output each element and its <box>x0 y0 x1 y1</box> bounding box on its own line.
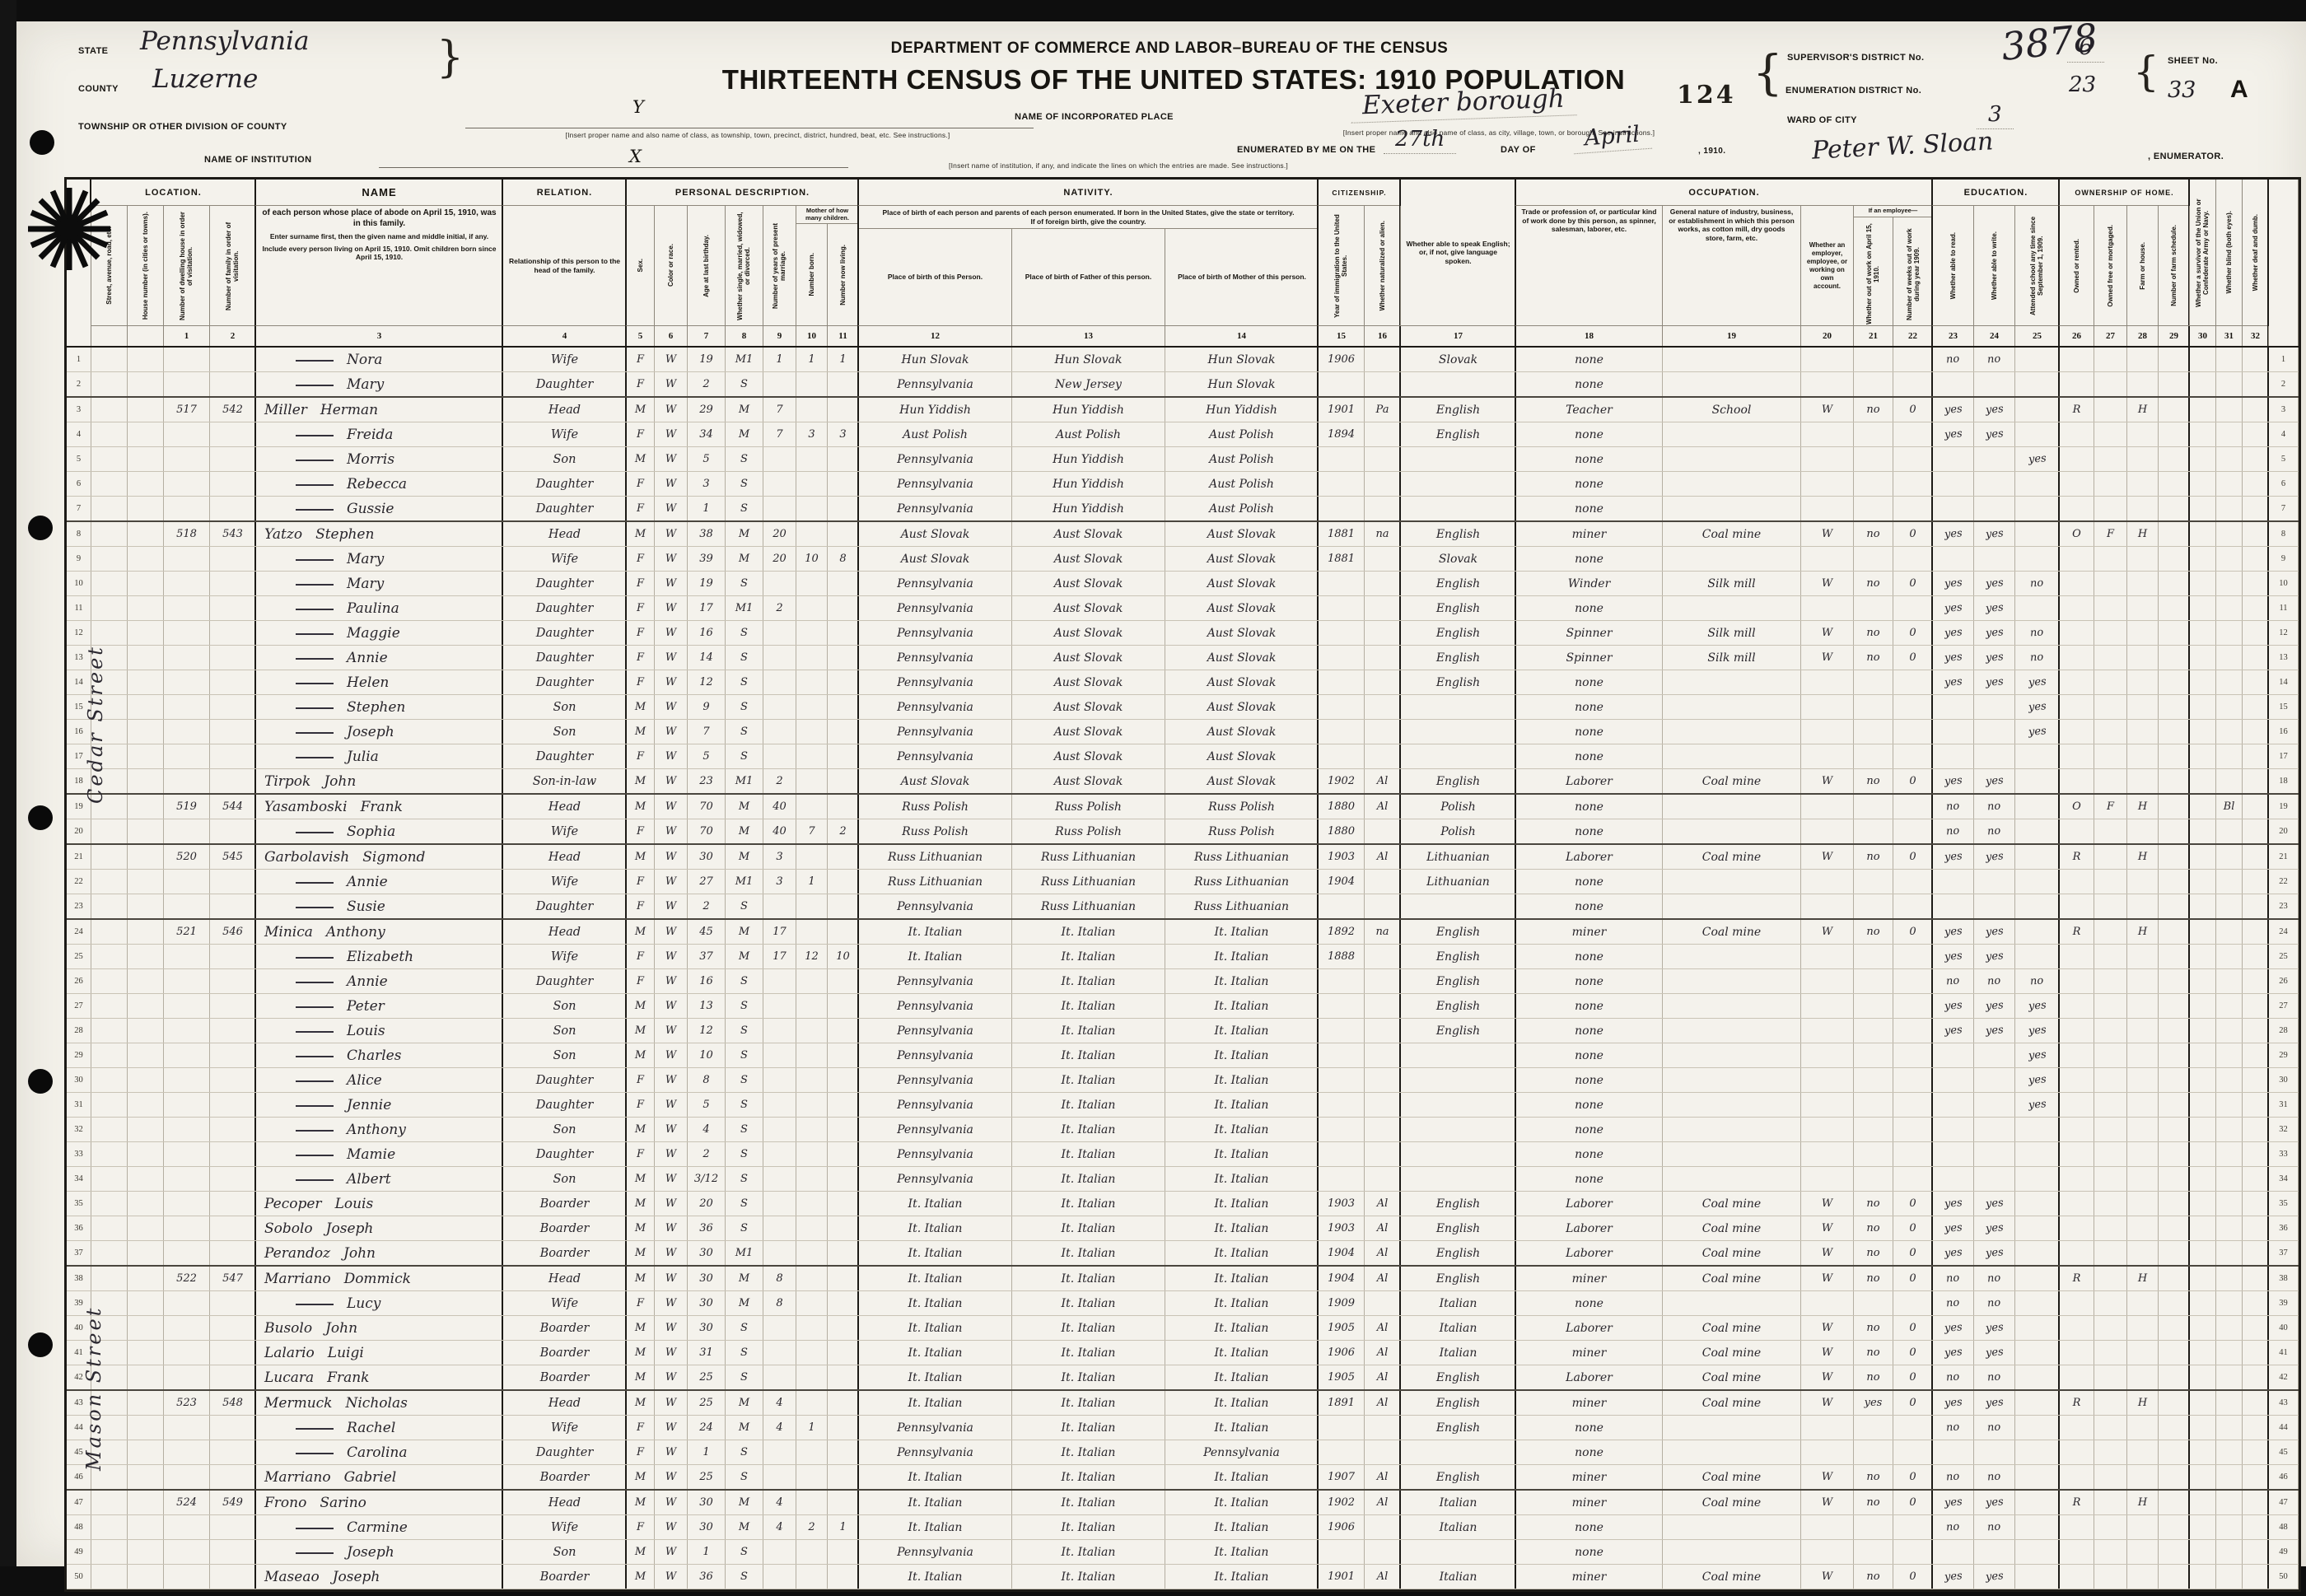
cell-school <box>2015 1216 2060 1240</box>
cell-war <box>2188 994 2216 1018</box>
cell-fm <box>2094 920 2127 944</box>
cell-deaf <box>2243 870 2269 894</box>
cell-wks <box>1893 447 1933 471</box>
cell-oow: no <box>1854 398 1893 422</box>
cell-age: 30 <box>688 1491 726 1514</box>
table-row: 36SoboloJosephBoarderMW36SIt. ItalianIt.… <box>67 1216 2299 1241</box>
cell-age: 30 <box>688 1291 726 1315</box>
cell-blind <box>2216 547 2243 571</box>
cell-write: yes <box>1974 1341 2015 1365</box>
cell-rel: Boarder <box>502 1216 627 1240</box>
cell-imm <box>1317 1440 1365 1464</box>
cell-rel: Daughter <box>502 621 627 645</box>
cell-imm <box>1317 1043 1365 1067</box>
cell-age: 20 <box>688 1192 726 1216</box>
cell-ind <box>1663 1093 1801 1117</box>
cell-yrs: 2 <box>763 596 796 620</box>
cell-pob: Pennsylvania <box>857 670 1012 694</box>
cell-nat: Al <box>1365 1365 1401 1389</box>
cell-yrs <box>763 1316 796 1340</box>
cell-emp <box>1801 1068 1854 1092</box>
cell-ind: Coal mine <box>1663 1365 1801 1389</box>
cell-fm <box>2094 1440 2127 1464</box>
cell-ind: Coal mine <box>1663 769 1801 793</box>
cell-wks <box>1893 1291 1933 1315</box>
cell-oow: no <box>1854 646 1893 670</box>
cell-wks <box>1893 1167 1933 1191</box>
cell-pom: Russ Lithuanian <box>1165 894 1319 918</box>
cell-nat <box>1365 1440 1401 1464</box>
cell-write <box>1974 720 2015 744</box>
cell-yrs <box>763 1019 796 1043</box>
cell-yrs: 4 <box>763 1416 796 1440</box>
cell-war <box>2188 497 2216 520</box>
cell-fm <box>2094 695 2127 719</box>
cell-mar: S <box>726 1465 763 1489</box>
cell-nat <box>1365 1068 1401 1092</box>
cell-deaf <box>2243 1192 2269 1216</box>
cell-n: 23 <box>67 894 91 918</box>
cell-rel: Son <box>502 1043 627 1067</box>
surname-ditto-mark <box>296 1178 334 1181</box>
cell-house <box>128 1316 164 1340</box>
cell-read: no <box>1931 795 1974 819</box>
cell-trade: Laborer <box>1515 1216 1663 1240</box>
cell-dw <box>164 969 210 993</box>
cell-eng: English <box>1399 769 1516 793</box>
cell-cl <box>828 1565 859 1589</box>
cell-own <box>2058 1365 2094 1389</box>
cell-mar: M1 <box>726 1241 763 1265</box>
cell-cb <box>796 472 828 496</box>
cell-trade: none <box>1515 1540 1663 1564</box>
cell-wks: 0 <box>1893 1491 1933 1514</box>
cell-pob: Pennsylvania <box>857 1167 1012 1191</box>
cell-write: no <box>1974 1291 2015 1315</box>
cell-fm <box>2094 348 2127 371</box>
cell-age: 27 <box>688 870 726 894</box>
col-sex: Sex. <box>625 206 655 326</box>
cell-rel: Boarder <box>502 1316 627 1340</box>
cell-rn: 26 <box>2267 969 2299 993</box>
cell-war <box>2188 1142 2216 1166</box>
cell-blind <box>2216 646 2243 670</box>
cell-sex: M <box>625 447 655 471</box>
cell-eng <box>1399 1118 1516 1141</box>
cell-eng <box>1399 720 1516 744</box>
line-number-column-header-right <box>2267 180 2299 346</box>
cell-cb <box>796 1316 828 1340</box>
cell-war <box>2188 1365 2216 1389</box>
cell-fsch <box>2159 1019 2190 1043</box>
cell-pof: It. Italian <box>1012 1291 1165 1315</box>
cell-ind <box>1663 744 1801 768</box>
department-line: DEPARTMENT OF COMMERCE AND LABOR–BUREAU … <box>791 40 1548 58</box>
cell-rn: 25 <box>2267 945 2299 968</box>
cell-pof: It. Italian <box>1012 1341 1165 1365</box>
cell-mar: S <box>726 646 763 670</box>
cell-school: yes <box>2015 1019 2060 1043</box>
cell-mar: M1 <box>726 348 763 371</box>
cell-write: no <box>1974 1515 2015 1539</box>
cell-fam <box>210 372 256 396</box>
cell-emp: W <box>1801 522 1854 546</box>
col-free-mortgaged: Owned free or mortgaged. <box>2094 206 2127 326</box>
cell-house <box>128 596 164 620</box>
cell-imm <box>1317 472 1365 496</box>
cell-dw <box>164 695 210 719</box>
cell-blind <box>2216 945 2243 968</box>
cell-write <box>1974 497 2015 520</box>
cell-fm <box>2094 472 2127 496</box>
cell-imm: 1881 <box>1317 547 1365 571</box>
cell-trade: Spinner <box>1515 646 1663 670</box>
cell-imm: 1905 <box>1317 1365 1365 1389</box>
cell-read: no <box>1931 969 1974 993</box>
cell-yrs <box>763 1192 796 1216</box>
cell-eng: Italian <box>1399 1565 1516 1589</box>
cell-sex: F <box>625 1416 655 1440</box>
cell-war <box>2188 670 2216 694</box>
cell-own <box>2058 1540 2094 1564</box>
cell-dw: 523 <box>164 1391 210 1415</box>
cell-oow <box>1854 348 1893 371</box>
cell-sex: M <box>625 795 655 819</box>
cell-age: 45 <box>688 920 726 944</box>
table-row: 10MaryDaughterFW19SPennsylvaniaAust Slov… <box>67 572 2299 596</box>
cell-pof: Russ Lithuanian <box>1012 894 1165 918</box>
cell-rn: 40 <box>2267 1316 2299 1340</box>
cell-n: 49 <box>67 1540 91 1564</box>
cell-age: 23 <box>688 769 726 793</box>
cell-cb: 7 <box>796 819 828 843</box>
cell-yrs <box>763 894 796 918</box>
cell-wks <box>1893 422 1933 446</box>
cell-rn: 34 <box>2267 1167 2299 1191</box>
cell-street <box>91 1019 128 1043</box>
cell-deaf <box>2243 670 2269 694</box>
cell-wks <box>1893 497 1933 520</box>
cell-school: yes <box>2015 1043 2060 1067</box>
cell-imm: 1891 <box>1317 1391 1365 1415</box>
cell-own <box>2058 894 2094 918</box>
cell-ind <box>1663 1019 1801 1043</box>
cell-own: O <box>2058 795 2094 819</box>
cell-fh <box>2127 1316 2159 1340</box>
cell-pof: Russ Polish <box>1012 795 1165 819</box>
cell-read: yes <box>1931 572 1974 595</box>
cell-pob: It. Italian <box>857 1515 1012 1539</box>
cell-oow <box>1854 1167 1893 1191</box>
cell-nat <box>1365 646 1401 670</box>
cell-cb <box>796 969 828 993</box>
cell-pof: It. Italian <box>1012 1167 1165 1191</box>
enumeration-district-label: ENUMERATION DISTRICT No. <box>1786 86 1921 96</box>
cell-fm <box>2094 1316 2127 1340</box>
cell-name: Maggie <box>254 621 503 645</box>
cell-oow: no <box>1854 1216 1893 1240</box>
cell-pob: Pennsylvania <box>857 994 1012 1018</box>
cell-pob: It. Italian <box>857 1465 1012 1489</box>
cell-read <box>1931 1093 1974 1117</box>
cell-eng: English <box>1399 621 1516 645</box>
cell-school <box>2015 596 2060 620</box>
cell-cl: 10 <box>828 945 859 968</box>
cell-mar: M <box>726 547 763 571</box>
table-row: 39LucyWifeFW30M8It. ItalianIt. ItalianIt… <box>67 1291 2299 1316</box>
cell-school <box>2015 795 2060 819</box>
cell-age: 24 <box>688 1416 726 1440</box>
cell-rel: Son <box>502 1118 627 1141</box>
cell-rel: Boarder <box>502 1465 627 1489</box>
table-row: 24521546MinicaAnthonyHeadMW45M17It. Ital… <box>67 918 2299 945</box>
cell-fm <box>2094 1491 2127 1514</box>
cell-fm <box>2094 1341 2127 1365</box>
cell-color: W <box>655 1540 688 1564</box>
cell-yrs: 8 <box>763 1291 796 1315</box>
col-birthplace-person: Place of birth of this Person. <box>859 229 1012 325</box>
cell-ind: Coal mine <box>1663 920 1801 944</box>
cell-name: YatzoStephen <box>254 522 503 546</box>
cell-pof: It. Italian <box>1012 1391 1165 1415</box>
cell-ind <box>1663 497 1801 520</box>
cell-ind <box>1663 1515 1801 1539</box>
group-ownership: OWNERSHIP OF HOME. <box>2058 180 2190 206</box>
cell-yrs <box>763 1118 796 1141</box>
cell-fh <box>2127 870 2159 894</box>
col-house-number: House number (in cities or towns). <box>128 206 164 326</box>
cell-color: W <box>655 920 688 944</box>
cell-pob: Pennsylvania <box>857 447 1012 471</box>
institution-note: [Insert name of institution, if any, and… <box>855 161 1382 170</box>
cell-fam <box>210 447 256 471</box>
cell-sex: F <box>625 819 655 843</box>
cell-deaf <box>2243 1515 2269 1539</box>
surname-ditto-mark <box>296 656 334 660</box>
surname-ditto-mark <box>296 1451 334 1454</box>
cell-oow <box>1854 1118 1893 1141</box>
cell-dw <box>164 596 210 620</box>
cell-blind <box>2216 1216 2243 1240</box>
film-edge-left <box>0 0 16 1596</box>
cell-deaf <box>2243 348 2269 371</box>
cell-war <box>2188 547 2216 571</box>
cell-dw <box>164 1465 210 1489</box>
cell-blind <box>2216 1093 2243 1117</box>
cell-rn: 39 <box>2267 1291 2299 1315</box>
cell-war <box>2188 819 2216 843</box>
cell-write: no <box>1974 819 2015 843</box>
cell-rel: Son <box>502 695 627 719</box>
cell-name: SoboloJoseph <box>254 1216 503 1240</box>
cell-trade: Winder <box>1515 572 1663 595</box>
cell-ind: Coal mine <box>1663 1565 1801 1589</box>
cell-school: yes <box>2015 447 2060 471</box>
cell-age: 25 <box>688 1365 726 1389</box>
cell-fam <box>210 572 256 595</box>
cell-school <box>2015 894 2060 918</box>
cell-trade: miner <box>1515 1267 1663 1290</box>
cell-emp: W <box>1801 1316 1854 1340</box>
cell-yrs: 17 <box>763 945 796 968</box>
column-number: 25 <box>2015 326 2060 346</box>
cell-name: Julia <box>254 744 503 768</box>
cell-fh <box>2127 447 2159 471</box>
cell-imm: 1906 <box>1317 1515 1365 1539</box>
cell-oow <box>1854 472 1893 496</box>
cell-house <box>128 472 164 496</box>
cell-fam <box>210 1565 256 1589</box>
cell-pob: Pennsylvania <box>857 372 1012 396</box>
cell-pof: Russ Polish <box>1012 819 1165 843</box>
cell-rel: Head <box>502 1391 627 1415</box>
cell-yrs <box>763 1341 796 1365</box>
cell-fam <box>210 695 256 719</box>
cell-house <box>128 1216 164 1240</box>
cell-imm: 1903 <box>1317 1216 1365 1240</box>
cell-age: 12 <box>688 1019 726 1043</box>
cell-eng: Italian <box>1399 1316 1516 1340</box>
cell-name: Carmine <box>254 1515 503 1539</box>
cell-oow <box>1854 795 1893 819</box>
cell-fm <box>2094 621 2127 645</box>
cell-fh <box>2127 695 2159 719</box>
cell-pob: Pennsylvania <box>857 1440 1012 1464</box>
cell-rn: 22 <box>2267 870 2299 894</box>
cell-nat: Al <box>1365 769 1401 793</box>
col-immigration-year: Year of immigration to the United States… <box>1317 206 1365 326</box>
cell-fm <box>2094 572 2127 595</box>
cell-rn: 3 <box>2267 398 2299 422</box>
punch-hole <box>28 516 53 540</box>
column-number: 5 <box>625 326 655 346</box>
cell-rn: 16 <box>2267 720 2299 744</box>
cell-wks <box>1893 670 1933 694</box>
cell-fsch <box>2159 1118 2190 1141</box>
cell-mar: M <box>726 1267 763 1290</box>
cell-name: YasamboskiFrank <box>254 795 503 819</box>
cell-fam <box>210 994 256 1018</box>
cell-pom: Russ Lithuanian <box>1165 870 1319 894</box>
cell-imm: 1902 <box>1317 769 1365 793</box>
cell-read <box>1931 472 1974 496</box>
cell-name: FronoSarino <box>254 1491 503 1514</box>
cell-write <box>1974 695 2015 719</box>
cell-own <box>2058 1515 2094 1539</box>
table-row: 6RebeccaDaughterFW3SPennsylvaniaHun Yidd… <box>67 472 2299 497</box>
table-body: 1NoraWifeFW19M1111Hun SlovakHun SlovakHu… <box>67 348 2299 1589</box>
cell-nat: Al <box>1365 1267 1401 1290</box>
cell-own <box>2058 621 2094 645</box>
cell-ind <box>1663 1416 1801 1440</box>
cell-emp <box>1801 1019 1854 1043</box>
cell-ind: School <box>1663 398 1801 422</box>
cell-nat: na <box>1365 920 1401 944</box>
cell-house <box>128 945 164 968</box>
cell-trade: Teacher <box>1515 398 1663 422</box>
cell-pof: It. Italian <box>1012 1216 1165 1240</box>
cell-eng: Lithuanian <box>1399 845 1516 869</box>
state-label: STATE <box>78 46 108 56</box>
cell-age: 30 <box>688 845 726 869</box>
cell-trade: none <box>1515 1167 1663 1191</box>
cell-war <box>2188 1391 2216 1415</box>
col-english: Whether able to speak English; or, if no… <box>1399 180 1516 326</box>
cell-sex: M <box>625 1316 655 1340</box>
cell-emp <box>1801 1167 1854 1191</box>
street-name-cedar: Cedar Street <box>84 376 107 804</box>
cell-wks <box>1893 1043 1933 1067</box>
cell-trade: none <box>1515 1068 1663 1092</box>
cell-fsch <box>2159 994 2190 1018</box>
cell-blind <box>2216 1192 2243 1216</box>
cell-rn: 41 <box>2267 1341 2299 1365</box>
column-number: 10 <box>796 326 828 346</box>
cell-mar: S <box>726 894 763 918</box>
cell-fh <box>2127 1043 2159 1067</box>
cell-write: yes <box>1974 596 2015 620</box>
cell-own <box>2058 1440 2094 1464</box>
col-years-married: Number of years of present marriage. <box>763 206 796 326</box>
column-number: 19 <box>1663 326 1801 346</box>
col-color-race: Color or race. <box>655 206 688 326</box>
cell-oow <box>1854 870 1893 894</box>
cell-fh: H <box>2127 920 2159 944</box>
group-location: LOCATION. <box>90 180 256 206</box>
cell-own <box>2058 372 2094 396</box>
cell-school <box>2015 1540 2060 1564</box>
cell-eng: English <box>1399 646 1516 670</box>
cell-school <box>2015 547 2060 571</box>
cell-pom: It. Italian <box>1165 1291 1319 1315</box>
cell-age: 1 <box>688 1440 726 1464</box>
cell-fh <box>2127 720 2159 744</box>
cell-dw: 524 <box>164 1491 210 1514</box>
cell-name: Susie <box>254 894 503 918</box>
cell-eng: English <box>1399 1019 1516 1043</box>
cell-deaf <box>2243 596 2269 620</box>
cell-color: W <box>655 1391 688 1415</box>
cell-trade: Laborer <box>1515 1192 1663 1216</box>
column-number: 8 <box>726 326 763 346</box>
cell-age: 38 <box>688 522 726 546</box>
cell-write: no <box>1974 1267 2015 1290</box>
cell-fh <box>2127 969 2159 993</box>
cell-blind <box>2216 1341 2243 1365</box>
cell-fam <box>210 720 256 744</box>
surname-ditto-mark <box>296 905 334 908</box>
cell-wks <box>1893 348 1933 371</box>
cell-nat <box>1365 1540 1401 1564</box>
cell-read: yes <box>1931 769 1974 793</box>
cell-oow <box>1854 1043 1893 1067</box>
cell-cb <box>796 720 828 744</box>
cell-oow <box>1854 744 1893 768</box>
cell-rn: 5 <box>2267 447 2299 471</box>
cell-house <box>128 398 164 422</box>
cell-eng <box>1399 894 1516 918</box>
group-occupation: OCCUPATION. <box>1515 180 1933 206</box>
cell-fm <box>2094 670 2127 694</box>
cell-rel: Head <box>502 522 627 546</box>
cell-blind <box>2216 1440 2243 1464</box>
cell-oow <box>1854 1416 1893 1440</box>
cell-pof: It. Italian <box>1012 920 1165 944</box>
cell-read: yes <box>1931 398 1974 422</box>
cell-yrs <box>763 1043 796 1067</box>
cell-emp <box>1801 372 1854 396</box>
cell-house <box>128 447 164 471</box>
